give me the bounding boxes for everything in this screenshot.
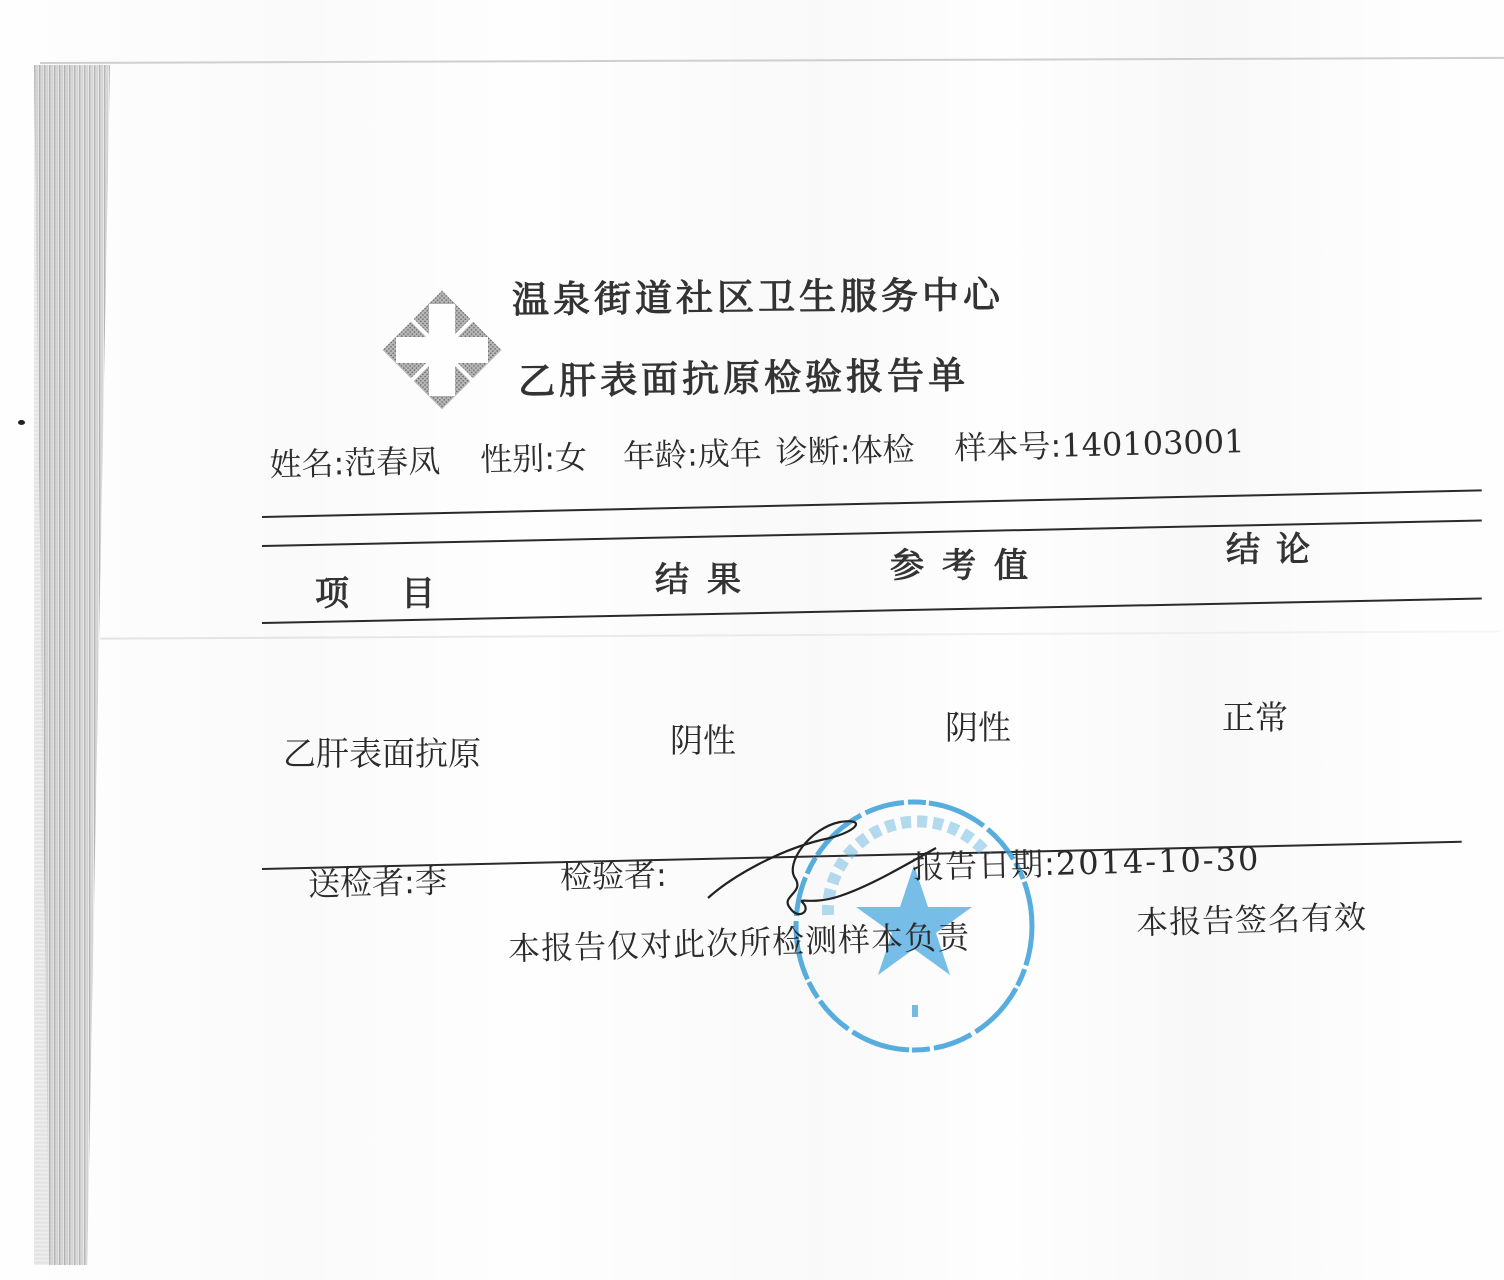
- sender-field: 送检者:李: [307, 856, 447, 905]
- sender-label: 送检者:: [308, 863, 416, 903]
- patient-info-row: 姓名:范春凤性别:女年龄:成年诊断:体检样本号:140103001: [269, 416, 1245, 486]
- name-label: 姓名:: [269, 444, 345, 484]
- column-header-reference: 参考值: [890, 538, 1046, 587]
- cell-item: 乙肝表面抗原: [283, 728, 481, 775]
- cell-result: 阴性: [670, 715, 736, 762]
- sample-number: 140103001: [1061, 422, 1245, 464]
- signature-validity-note: 本报告签名有效: [1135, 892, 1367, 944]
- handwritten-signature: [700, 808, 940, 928]
- report-date-value: 2014-10-30: [1055, 840, 1260, 883]
- column-header-result: 结果: [655, 552, 759, 601]
- patient-age: 成年: [697, 434, 762, 474]
- divider-line: [262, 489, 1482, 518]
- cell-conclusion: 正常: [1222, 692, 1288, 739]
- report-date-label: 报告日期:: [912, 845, 1057, 887]
- tester-label: 检验者:: [560, 856, 668, 896]
- organization-name: 温泉街道社区卫生服务中心: [512, 264, 1005, 323]
- sender-value: 李: [414, 862, 447, 901]
- cell-reference: 阴性: [945, 702, 1011, 749]
- report-date-field: 报告日期:2014-10-30: [911, 834, 1260, 888]
- tester-field: 检验者:: [559, 850, 667, 898]
- patient-gender: 女: [555, 438, 588, 477]
- diagnosis-label: 诊断:: [775, 432, 851, 472]
- medical-cross-logo-icon: [382, 290, 502, 410]
- patient-name: 范春凤: [344, 442, 441, 482]
- column-header-item: 项目: [315, 566, 487, 615]
- sample-label: 样本号:: [954, 427, 1062, 468]
- age-label: 年龄:: [623, 436, 699, 476]
- gender-label: 性别:: [480, 439, 556, 479]
- report-title: 乙肝表面抗原检验报告单: [518, 345, 970, 405]
- patient-diagnosis: 体检: [850, 430, 915, 470]
- column-header-conclusion: 结论: [1226, 522, 1326, 571]
- lab-report-document: 温泉街道社区卫生服务中心 乙肝表面抗原检验报告单 姓名:范春凤性别:女年龄:成年…: [0, 0, 1504, 1280]
